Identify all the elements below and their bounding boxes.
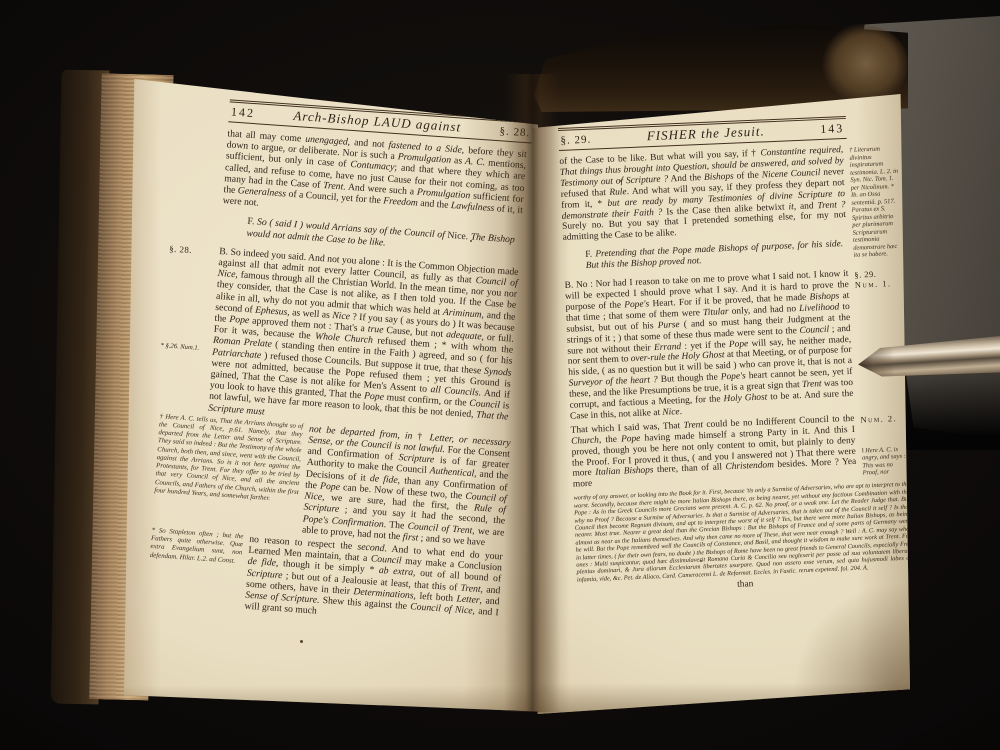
- paragraph: that all may come unengaged, and not fas…: [222, 128, 527, 227]
- paragraph-continuation: not be departed from, in † Letter, or ne…: [302, 424, 511, 550]
- dialogue-paragraph-f: F. Pretending that the Pope made Bishops…: [585, 239, 844, 272]
- section-mark: §. 29.: [854, 270, 876, 280]
- foxing-speck: [700, 560, 702, 562]
- margin-note-num2: Num. 2.: [860, 413, 908, 425]
- foxing-speck: [620, 180, 622, 182]
- dialogue-paragraph-b: B. So indeed you said. And not you alone…: [208, 246, 519, 435]
- left-page: 142 Arch-Bishop LAUD against §. 28. that…: [124, 66, 538, 718]
- paragraph-continuation: no reason to respect the second. And to …: [244, 534, 503, 630]
- section-mark: §. 29.: [560, 134, 591, 147]
- margin-note-dagger: † Here A. C. tells us, That the Arrians …: [152, 413, 309, 535]
- left-page-content: 142 Arch-Bishop LAUD against §. 28. that…: [146, 96, 533, 630]
- margin-note-latin: † Literarum divinitus inspiratarum testi…: [849, 145, 902, 259]
- right-page-content: §. 29. FISHER the Jesuit. 143 † Literaru…: [558, 114, 913, 597]
- foxing-speck: [470, 240, 472, 242]
- running-title: FISHER the Jesuit.: [646, 123, 765, 144]
- spine-gutter: [504, 74, 560, 712]
- dialogue-paragraph-b: B. No : Nor had I reason to take on me t…: [564, 269, 854, 423]
- margin-note-angry: ‖ Here A. C. is angry, and says : This w…: [862, 445, 911, 477]
- margin-note-section: §. 28.: [169, 243, 193, 256]
- margin-note-star: * So Stapleton often ; but the Fathers q…: [146, 527, 249, 612]
- page-number: 143: [820, 121, 845, 137]
- right-page: §. 29. FISHER the Jesuit. 143 † Literaru…: [532, 94, 910, 714]
- paragraph: That which I said was, That Trent could …: [570, 414, 856, 491]
- page-number: 142: [230, 104, 255, 121]
- foxing-speck: [300, 640, 303, 643]
- running-title: Arch-Bishop LAUD against: [293, 108, 462, 136]
- paragraph: of the Case to be like. But what will yo…: [559, 145, 846, 244]
- margin-note-ref: * §.26. Num.1.: [160, 342, 210, 353]
- antique-book-photo: 142 Arch-Bishop LAUD against §. 28. that…: [0, 0, 1000, 750]
- footnote-block: worthy of any answer, or looking into th…: [573, 481, 912, 584]
- margin-note-section: §. 29. Num. 1.: [854, 269, 903, 291]
- num-mark: Num. 1.: [855, 279, 892, 290]
